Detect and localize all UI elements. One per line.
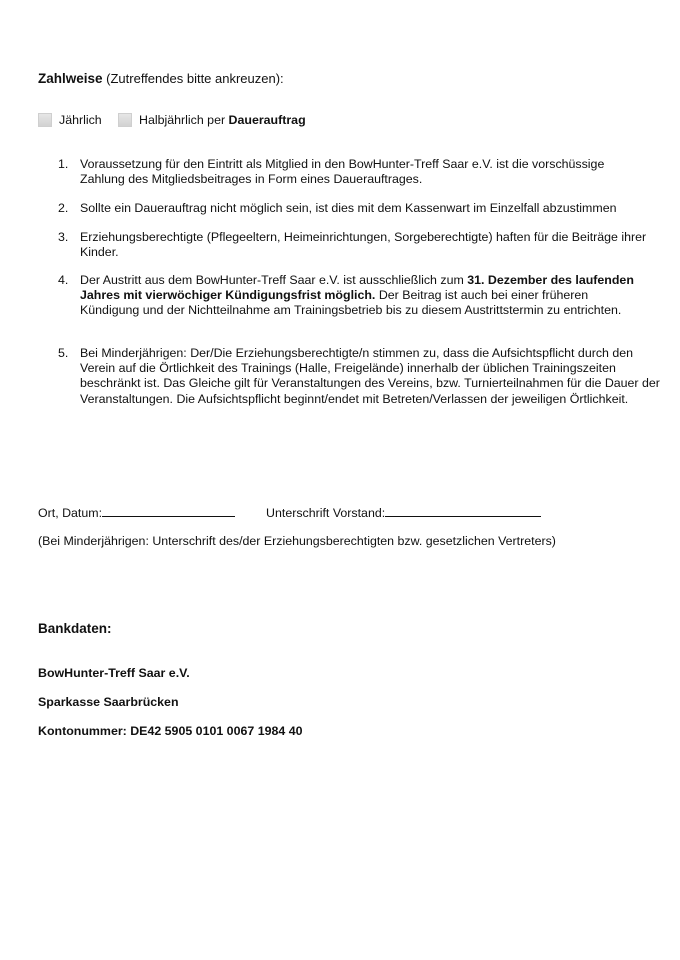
option-yearly-label: Jährlich [59, 113, 102, 127]
account-holder: BowHunter-Treff Saar e.V. [38, 666, 190, 680]
checkbox-yearly[interactable] [38, 113, 52, 127]
board-signature-label: Unterschrift Vorstand: [266, 506, 385, 520]
place-date-label: Ort, Datum: [38, 506, 102, 520]
terms-item-number: 3. [58, 230, 80, 245]
payment-method-instruction: (Zutreffendes bitte ankreuzen): [103, 71, 284, 86]
terms-item-number: 1. [58, 157, 80, 172]
terms-item-2: 2. Sollte ein Dauerauftrag nicht möglich… [58, 201, 658, 216]
terms-item-text: Der Austritt aus dem BowHunter-Treff Saa… [80, 273, 645, 319]
terms-item-text-before: Der Austritt aus dem BowHunter-Treff Saa… [80, 273, 467, 287]
document-page: Zahlweise (Zutreffendes bitte ankreuzen)… [0, 0, 680, 960]
checkbox-half-yearly[interactable] [118, 113, 132, 127]
terms-item-number: 2. [58, 201, 80, 216]
board-signature-field[interactable] [385, 504, 541, 517]
place-date-field[interactable] [102, 504, 235, 517]
terms-item-number: 4. [58, 273, 80, 288]
option-half-yearly-label-bold: Dauerauftrag [229, 113, 306, 127]
option-half-yearly-label: Halbjährlich per [139, 113, 229, 127]
option-half-yearly[interactable]: Halbjährlich per Dauerauftrag [118, 113, 306, 127]
terms-item-3: 3. Erziehungsberechtigte (Pflegeeltern, … [58, 230, 658, 260]
signature-row: Ort, Datum:Unterschrift Vorstand: [38, 504, 541, 520]
terms-item-number: 5. [58, 346, 80, 361]
payment-method-title: Zahlweise [38, 71, 103, 86]
terms-item-text: Erziehungsberechtigte (Pflegeeltern, Hei… [80, 230, 650, 260]
terms-item-text: Voraussetzung für den Eintritt als Mitgl… [80, 157, 640, 187]
terms-item-5: 5. Bei Minderjährigen: Der/Die Erziehung… [58, 346, 658, 407]
terms-item-4: 4. Der Austritt aus dem BowHunter-Treff … [58, 273, 658, 319]
option-yearly[interactable]: Jährlich [38, 113, 102, 127]
bank-name: Sparkasse Saarbrücken [38, 695, 179, 709]
bank-data-heading: Bankdaten: [38, 621, 112, 636]
minor-signature-note: (Bei Minderjährigen: Unterschrift des/de… [38, 534, 556, 548]
account-number: Kontonummer: DE42 5905 0101 0067 1984 40 [38, 724, 302, 738]
terms-item-1: 1. Voraussetzung für den Eintritt als Mi… [58, 157, 658, 187]
terms-item-text: Bei Minderjährigen: Der/Die Erziehungsbe… [80, 346, 660, 407]
terms-item-text: Sollte ein Dauerauftrag nicht möglich se… [80, 201, 658, 216]
payment-method-heading: Zahlweise (Zutreffendes bitte ankreuzen)… [38, 71, 284, 86]
